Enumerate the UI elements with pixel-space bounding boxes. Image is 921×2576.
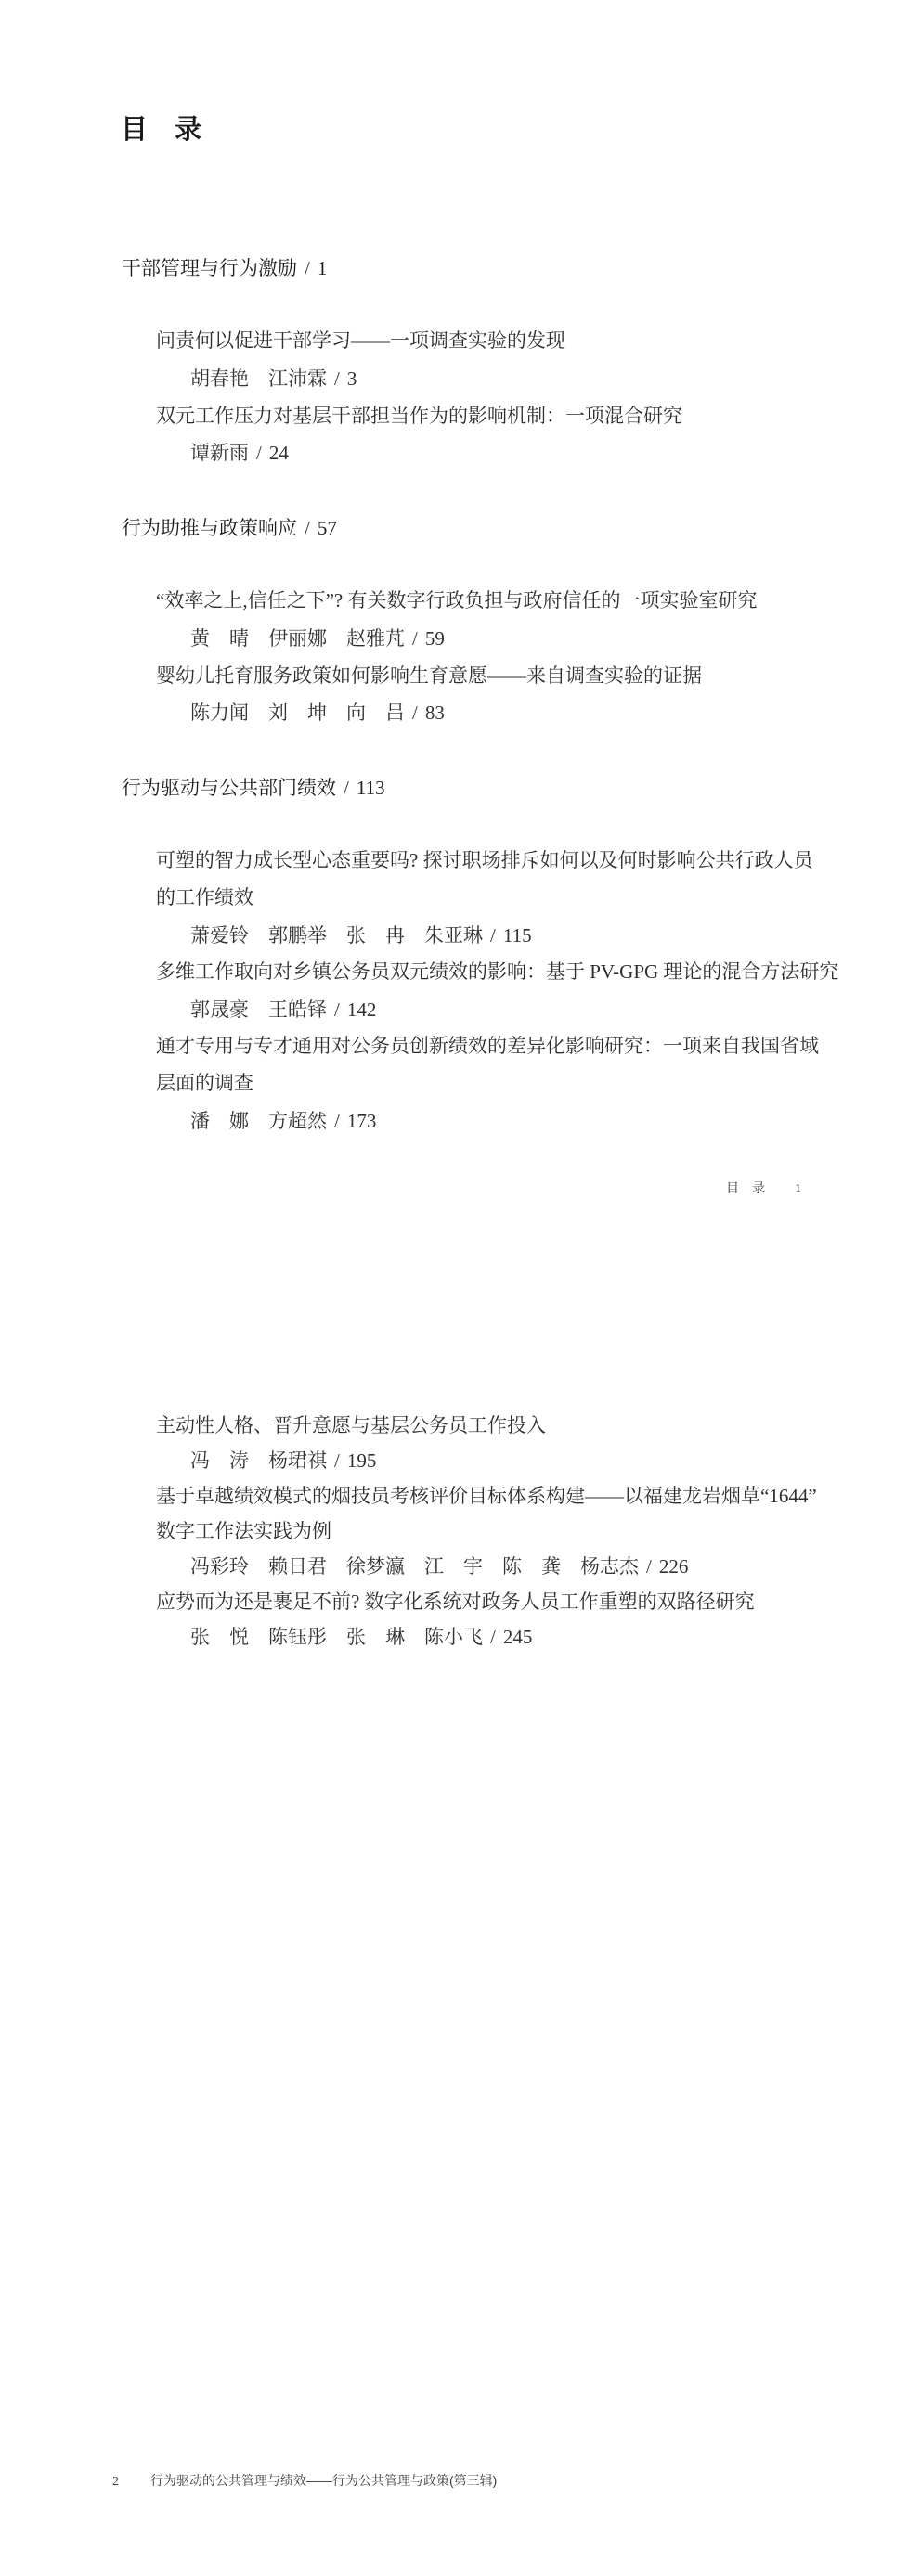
authors-text: 黄 晴 伊丽娜 赵雅芃 <box>190 627 405 650</box>
section-heading-nudge-policy: 行为助推与政策响应/57 <box>122 516 337 540</box>
doc-title: 目 录 <box>121 113 201 147</box>
section-page-number: 1 <box>318 257 328 279</box>
authors-text: 冯彩玲 赖日君 徐梦瀛 江 宇 陈 龚 杨志杰 <box>190 1555 639 1578</box>
authors-text: 冯 涛 杨珺祺 <box>190 1449 327 1472</box>
separator: / <box>327 1449 347 1472</box>
section-page-number: 113 <box>357 777 385 799</box>
separator: / <box>327 1110 347 1132</box>
article-authors: 谭新雨/24 <box>190 441 289 465</box>
article-title-line: 数字工作法实践为例 <box>156 1519 331 1543</box>
article-authors: 冯 涛 杨珺祺/195 <box>190 1449 376 1473</box>
authors-text: 潘 娜 方超然 <box>190 1110 327 1132</box>
article-page-number: 24 <box>269 442 289 464</box>
separator: / <box>327 367 347 390</box>
toc-document: 目 录 干部管理与行为激励/1 问责何以促进干部学习——一项调查实验的发现 胡春… <box>0 0 921 2576</box>
authors-text: 胡春艳 江沛霖 <box>190 367 327 390</box>
authors-text: 萧爱铃 郭鹏举 张 冉 朱亚琳 <box>190 924 483 947</box>
article-authors: 胡春艳 江沛霖/3 <box>190 367 357 391</box>
article-title-line: 层面的调查 <box>156 1071 253 1095</box>
separator: / <box>336 777 357 799</box>
article-title-line: 婴幼儿托育服务政策如何影响生育意愿——来自调查实验的证据 <box>156 663 702 688</box>
article-authors: 陈力闻 刘 坤 向 吕/83 <box>190 701 445 725</box>
article-page-number: 195 <box>347 1449 377 1472</box>
article-authors: 张 悦 陈钰彤 张 琳 陈小飞/245 <box>190 1625 532 1649</box>
footer-page-label: 目 录 <box>726 1180 765 1195</box>
article-page-number: 173 <box>347 1110 377 1132</box>
separator: / <box>327 998 347 1021</box>
separator: / <box>297 517 318 539</box>
article-page-number: 3 <box>347 367 357 390</box>
article-title-line: 问责何以促进干部学习——一项调查实验的发现 <box>156 328 565 353</box>
article-authors: 潘 娜 方超然/173 <box>190 1109 376 1133</box>
authors-text: 郭晟豪 王皓铎 <box>190 998 327 1021</box>
section-heading-text: 行为助推与政策响应 <box>122 517 297 539</box>
authors-text: 张 悦 陈钰彤 张 琳 陈小飞 <box>190 1626 483 1648</box>
article-authors: 郭晟豪 王皓铎/142 <box>190 998 376 1022</box>
toc-page-1: 目 录 干部管理与行为激励/1 问责何以促进干部学习——一项调查实验的发现 胡春… <box>0 0 921 1288</box>
separator: / <box>249 442 269 464</box>
separator: / <box>483 1626 503 1648</box>
section-heading-text: 行为驱动与公共部门绩效 <box>122 777 336 799</box>
article-title-line: 主动性人格、晋升意愿与基层公务员工作投入 <box>156 1413 546 1437</box>
article-title-line: “效率之上,信任之下”? 有关数字行政负担与政府信任的一项实验室研究 <box>156 588 757 612</box>
article-title-line: 可塑的智力成长型心态重要吗? 探讨职场排斥如何以及何时影响公共行政人员 <box>156 848 813 872</box>
separator: / <box>297 257 318 279</box>
section-heading-text: 干部管理与行为激励 <box>122 257 297 279</box>
section-page-number: 57 <box>318 517 337 539</box>
article-title-line: 的工作绩效 <box>156 885 253 909</box>
authors-text: 谭新雨 <box>190 442 249 464</box>
article-title-line: 基于卓越绩效模式的烟技员考核评价目标体系构建——以福建龙岩烟草“1644” <box>156 1484 817 1508</box>
footer-page-number: 1 <box>795 1182 801 1196</box>
separator: / <box>405 702 425 724</box>
separator: / <box>405 627 425 650</box>
toc-page-2: 主动性人格、晋升意愿与基层公务员工作投入 冯 涛 杨珺祺/195 基于卓越绩效模… <box>0 1288 921 2576</box>
article-page-number: 59 <box>425 627 445 650</box>
footer-book-title: 行为驱动的公共管理与绩效——行为公共管理与政策(第三辑) <box>150 2473 497 2488</box>
section-heading-public-sector-performance: 行为驱动与公共部门绩效/113 <box>122 776 385 800</box>
page2-running-footer: 2行为驱动的公共管理与绩效——行为公共管理与政策(第三辑) <box>112 2473 497 2491</box>
article-title-line: 通才专用与专才通用对公务员创新绩效的差异化影响研究：一项来自我国省域 <box>156 1034 819 1058</box>
article-title-line: 应势而为还是裹足不前? 数字化系统对政务人员工作重塑的双路径研究 <box>156 1590 755 1614</box>
page1-running-footer: 目 录1 <box>726 1180 801 1198</box>
separator: / <box>639 1555 659 1578</box>
article-authors: 萧爱铃 郭鹏举 张 冉 朱亚琳/115 <box>190 923 532 947</box>
separator: / <box>483 924 503 947</box>
article-page-number: 142 <box>347 998 377 1021</box>
article-page-number: 83 <box>425 702 445 724</box>
article-authors: 黄 晴 伊丽娜 赵雅芃/59 <box>190 626 445 650</box>
article-page-number: 226 <box>659 1555 689 1578</box>
article-page-number: 115 <box>503 924 532 947</box>
section-heading-cadre-management: 干部管理与行为激励/1 <box>122 256 327 280</box>
article-page-number: 245 <box>503 1626 533 1648</box>
article-authors: 冯彩玲 赖日君 徐梦瀛 江 宇 陈 龚 杨志杰/226 <box>190 1554 688 1578</box>
footer-page-number: 2 <box>112 2475 119 2489</box>
article-title-line: 多维工作取向对乡镇公务员双元绩效的影响：基于 PV-GPG 理论的混合方法研究 <box>156 960 838 984</box>
authors-text: 陈力闻 刘 坤 向 吕 <box>190 702 405 724</box>
article-title-line: 双元工作压力对基层干部担当作为的影响机制：一项混合研究 <box>156 404 682 428</box>
